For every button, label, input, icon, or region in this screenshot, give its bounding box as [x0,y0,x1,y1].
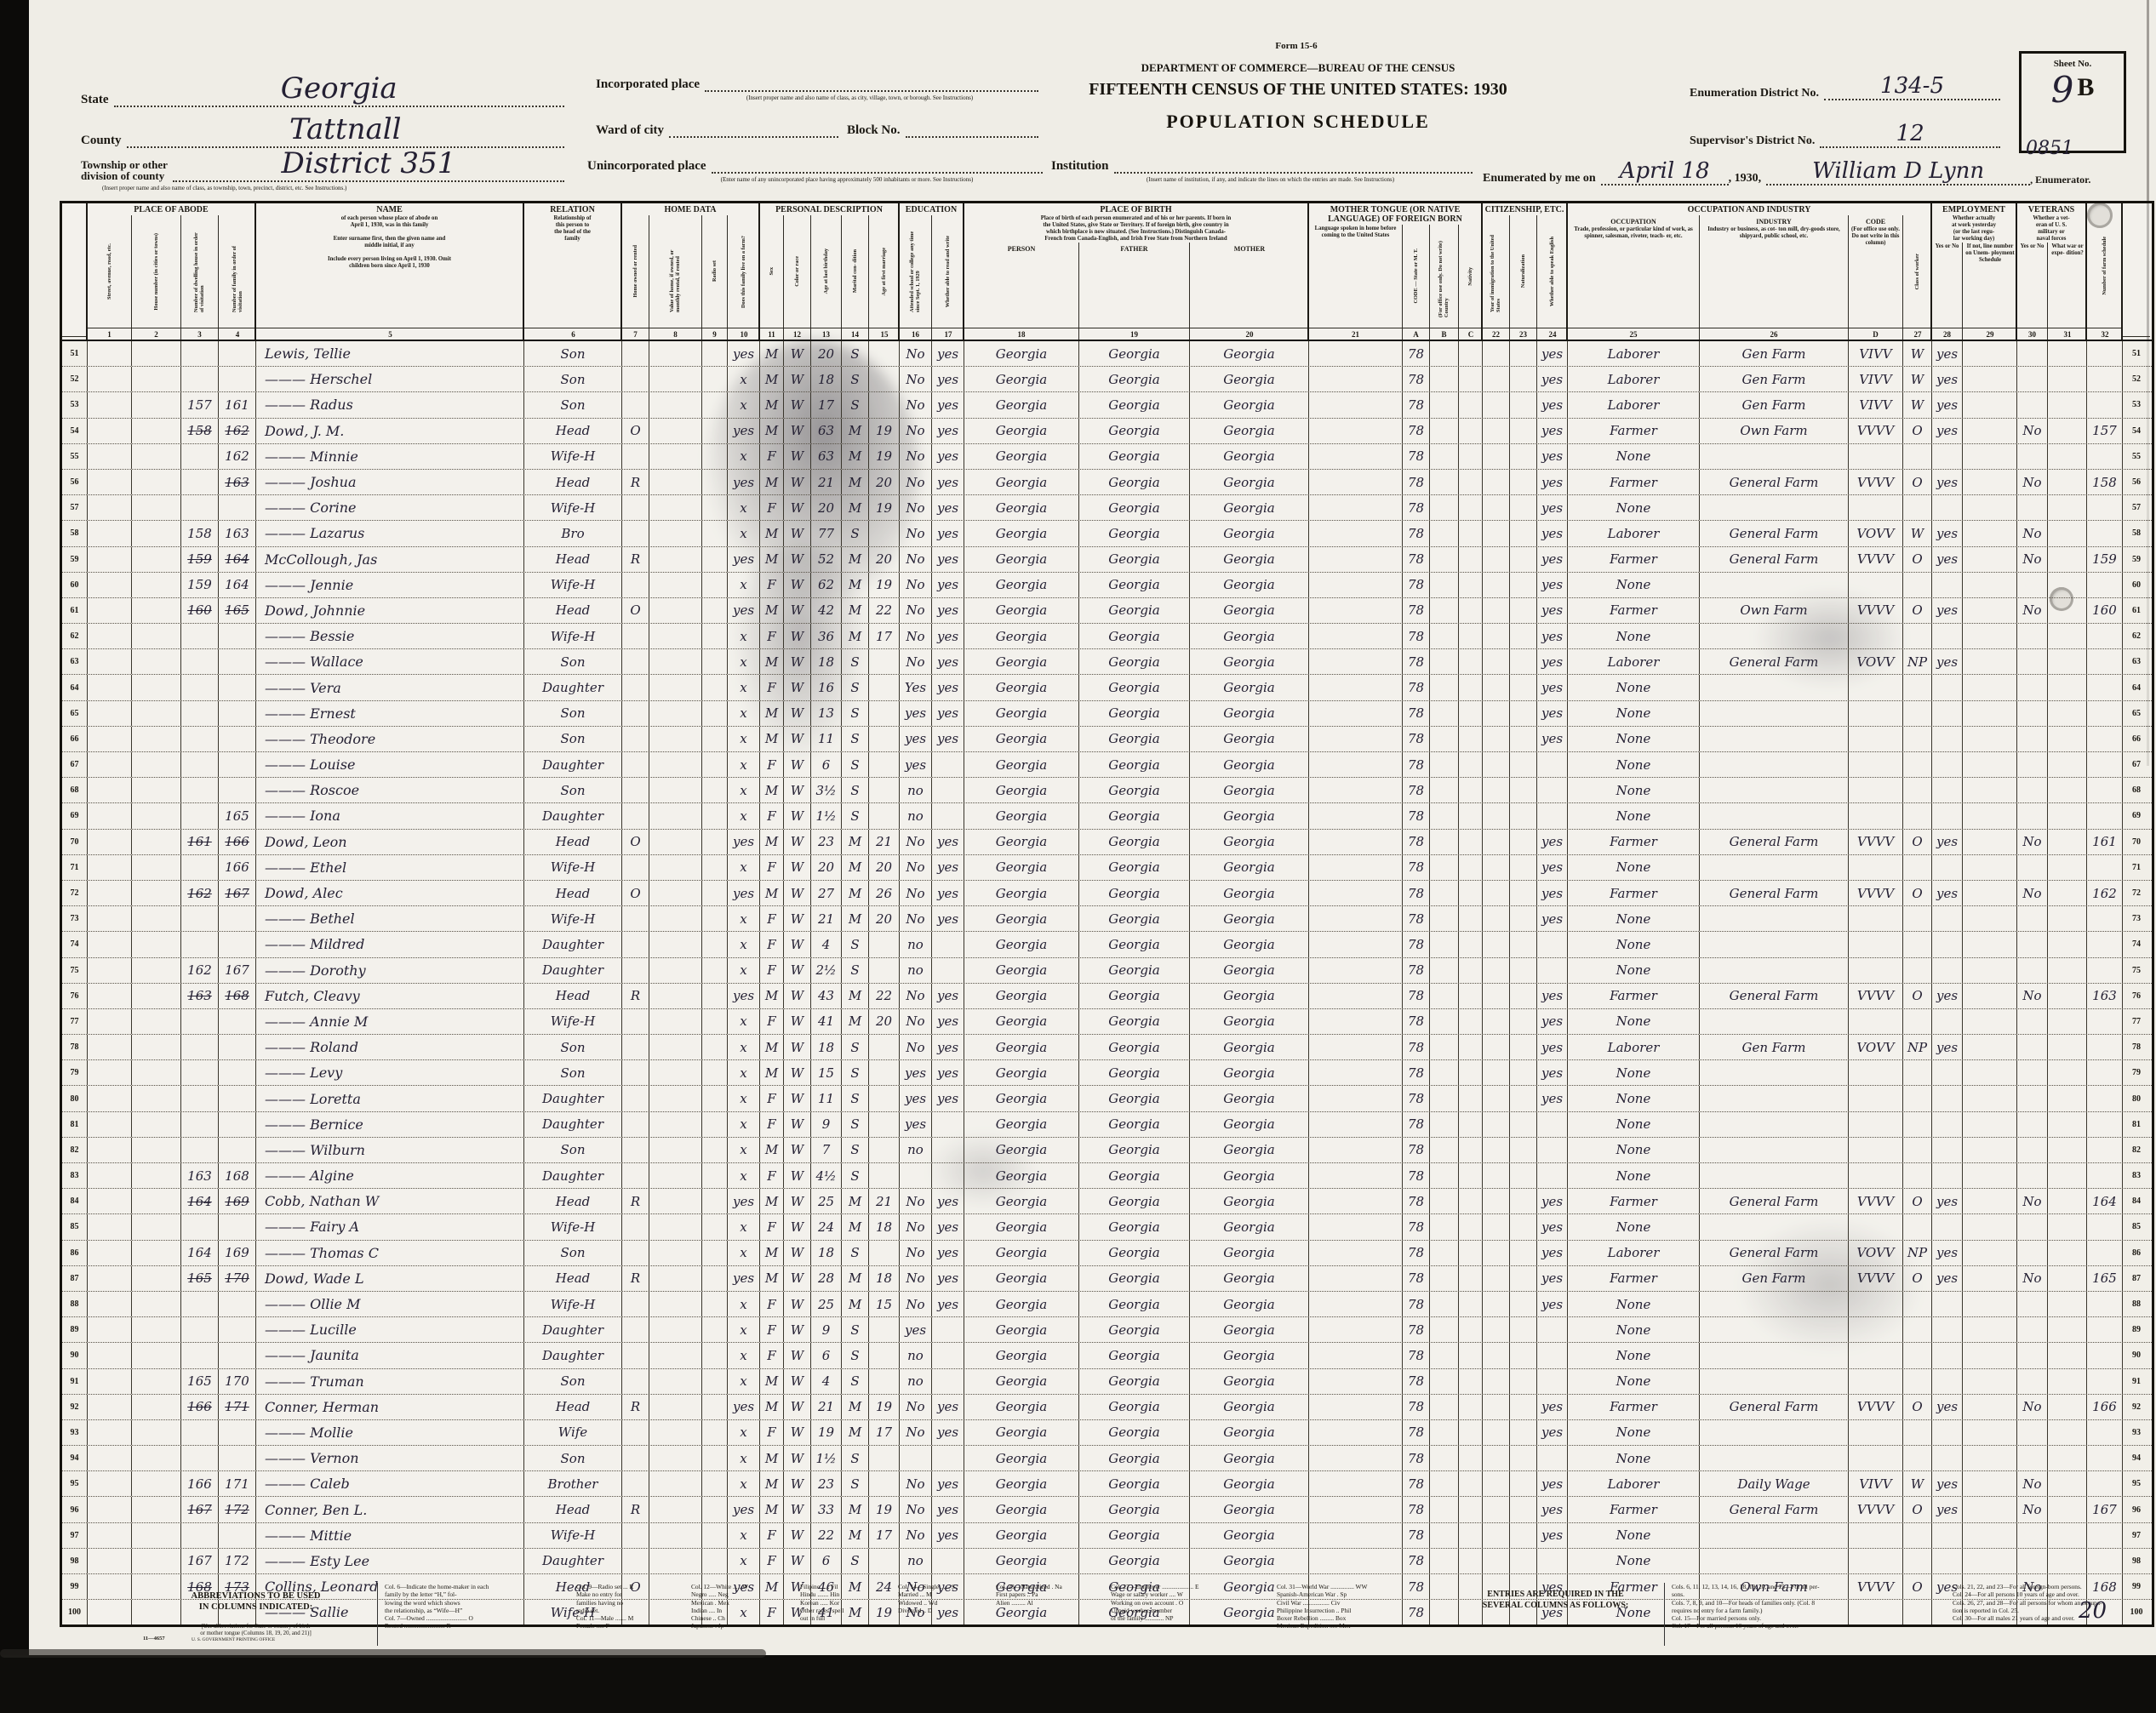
cell-c2 [132,470,181,494]
cell-c30 [2017,1214,2048,1239]
cell-c17: yes [932,1420,964,1445]
cell-c8 [649,1317,702,1342]
cell-c10: x [728,1369,760,1394]
column-number-c7: 7 [622,328,649,340]
cell-c13: 18 [811,1241,842,1265]
cell-c17: yes [932,573,964,597]
cell-c11: F [760,1112,784,1137]
cell-c28 [1932,803,1963,828]
cell-c22 [1483,906,1510,931]
cell-c14: M [842,624,869,648]
column-head-c27: Class of worker [1903,215,1932,328]
cell-cD [1849,727,1903,751]
cell-c19: Georgia [1079,1266,1190,1291]
cell-c10: x [728,1420,760,1445]
cell-c29 [1963,932,2017,956]
cell-c26: Gen Farm [1700,392,1849,417]
legend-col14: Col. 14—Single ...... S Married ... M Wi… [898,1583,987,1646]
cell-c3 [181,1060,219,1085]
cell-c8 [649,1446,702,1470]
cell-c25: None [1568,495,1700,520]
cell-c9 [702,906,728,931]
cell-c21 [1309,495,1403,520]
cell-c20: Georgia [1190,881,1309,905]
cell-cC [1459,701,1483,726]
cell-ln_r: 53 [2123,392,2150,417]
cell-c11: F [760,624,784,648]
cell-c17 [932,1343,964,1368]
column-head-c26: INDUSTRYIndustry or business, as cot- to… [1700,215,1849,328]
cell-c16: No [900,906,932,931]
cell-cD [1849,1369,1903,1394]
cell-c24: yes [1537,419,1568,443]
cell-c32: 167 [2087,1497,2123,1522]
cell-c17 [932,932,964,956]
cell-cD [1849,1060,1903,1085]
cell-c7 [622,1446,649,1470]
cell-c11: F [760,1214,784,1239]
cell-ln: 57 [62,495,88,520]
cell-cC [1459,727,1483,751]
cell-ln: 90 [62,1343,88,1368]
cell-c25: None [1568,958,1700,983]
cell-c31 [2048,1497,2087,1522]
cell-cB [1430,778,1459,802]
cell-c7 [622,649,649,674]
cell-c16: No [900,547,932,572]
cell-cC [1459,906,1483,931]
column-group: EDUCATIONAttended school or college any … [900,203,964,340]
cell-c2 [132,675,181,699]
cell-c5: ——— Bessie [256,624,524,648]
cell-c1 [88,958,132,983]
cell-ln_r: 85 [2123,1214,2150,1239]
cell-c18: Georgia [964,521,1079,545]
supervisor-district-label: Supervisor's District No. [1690,135,1815,148]
cell-c21 [1309,1112,1403,1137]
cell-ln: 63 [62,649,88,674]
cell-c27 [1903,803,1932,828]
cell-c32: 165 [2087,1266,2123,1291]
column-group [62,203,88,340]
cell-c27: O [1903,1497,1932,1522]
cell-c29 [1963,1060,2017,1085]
cell-c10: yes [728,1266,760,1291]
cell-cA: 78 [1403,444,1430,469]
cell-c7 [622,855,649,880]
cell-c23 [1510,1446,1537,1470]
cell-c18: Georgia [964,1471,1079,1496]
column-number-c5: 5 [256,328,524,340]
cell-c19: Georgia [1079,1523,1190,1548]
cell-c22 [1483,1523,1510,1548]
cell-c22 [1483,419,1510,443]
group-title: HOME DATA [622,203,758,215]
cell-cD [1849,1086,1903,1111]
cell-c23 [1510,1138,1537,1162]
cell-c28: yes [1932,1241,1963,1265]
cell-c17: yes [932,1060,964,1085]
cell-c14: S [842,778,869,802]
cell-c13: 6 [811,1343,842,1368]
cell-ln: 61 [62,598,88,623]
cell-c14: S [842,521,869,545]
cell-ln_r: 90 [2123,1343,2150,1368]
cell-ln: 86 [62,1241,88,1265]
cell-c11: M [760,598,784,623]
cell-c2 [132,932,181,956]
cell-c1 [88,624,132,648]
cell-c31 [2048,1369,2087,1394]
cell-c21 [1309,598,1403,623]
cell-c1 [88,1266,132,1291]
cell-c23 [1510,1292,1537,1316]
cell-c26: General Farm [1700,547,1849,572]
cell-c25: None [1568,1060,1700,1085]
cell-c5: ——— Ollie M [256,1292,524,1316]
cell-cA: 78 [1403,1292,1430,1316]
cell-c25: Laborer [1568,367,1700,391]
cell-c11: F [760,752,784,777]
cell-c25: Farmer [1568,547,1700,572]
cell-c3 [181,624,219,648]
cell-cD [1849,752,1903,777]
cell-c16: no [900,1343,932,1368]
cell-cC [1459,675,1483,699]
cell-c12: W [784,1009,811,1034]
cell-c12: W [784,958,811,983]
cell-c30 [2017,906,2048,931]
cell-c6: Daughter [524,1086,622,1111]
cell-c13: 23 [811,830,842,854]
cell-c9 [702,1009,728,1034]
cell-c14: M [842,470,869,494]
cell-c27 [1903,1214,1932,1239]
cell-c30 [2017,649,2048,674]
cell-c4 [219,932,256,956]
cell-c22 [1483,444,1510,469]
cell-c4 [219,341,256,366]
cell-c27 [1903,573,1932,597]
cell-c17 [932,803,964,828]
cell-c24: yes [1537,470,1568,494]
table-row: 81——— BerniceDaughterxFW9SyesGeorgiaGeor… [62,1112,2152,1138]
cell-c9 [702,984,728,1008]
cell-c19: Georgia [1079,1343,1190,1368]
cell-ln_r: 68 [2123,778,2150,802]
cell-c21 [1309,1395,1403,1419]
cell-c6: Head [524,881,622,905]
cell-c5: ——— Louise [256,752,524,777]
township-caption: (Insert proper name and also name of cla… [102,186,579,192]
cell-c13: 15 [811,1060,842,1085]
cell-c17: yes [932,367,964,391]
cell-cD: VIVV [1849,392,1903,417]
cell-ln_r: 72 [2123,881,2150,905]
cell-c28 [1932,573,1963,597]
cell-c15 [869,521,900,545]
column-head-cC: Nativity [1459,225,1483,328]
cell-c20: Georgia [1190,752,1309,777]
table-row: 54158162Dowd, J. M.HeadOyesMW63M19NoyesG… [62,419,2152,444]
cell-c13: 18 [811,649,842,674]
cell-c27 [1903,1343,1932,1368]
cell-c24: yes [1537,1420,1568,1445]
cell-c16: no [900,1369,932,1394]
cell-c9 [702,1214,728,1239]
cell-ln: 91 [62,1369,88,1394]
table-row: 84164169Cobb, Nathan WHeadRyesMW25M21Noy… [62,1189,2152,1214]
cell-c2 [132,1395,181,1419]
table-row: 70161166Dowd, LeonHeadOyesMW23M21NoyesGe… [62,830,2152,855]
cell-c3 [181,1035,219,1059]
cell-c1 [88,1600,132,1624]
cell-ln_r: 76 [2123,984,2150,1008]
cell-ln: 55 [62,444,88,469]
cell-c11: F [760,958,784,983]
cell-c3: 157 [181,392,219,417]
cell-c32 [2087,906,2123,931]
cell-c16: no [900,1549,932,1573]
enumeration-district-label: Enumeration District No. [1690,88,1819,100]
cell-c31 [2048,624,2087,648]
cell-c20: Georgia [1190,906,1309,931]
cell-c26: General Farm [1700,984,1849,1008]
cell-c13: 1½ [811,1446,842,1470]
cell-c4 [219,495,256,520]
cell-c8 [649,1343,702,1368]
cell-c21 [1309,881,1403,905]
cell-c7 [622,958,649,983]
cell-cC [1459,1086,1483,1111]
cell-c25: None [1568,1163,1700,1188]
cell-c20: Georgia [1190,624,1309,648]
cell-c16: No [900,573,932,597]
group-title: PLACE OF ABODE [88,203,254,215]
cell-cC [1459,470,1483,494]
cell-ln_r: 63 [2123,649,2150,674]
cell-c23 [1510,1086,1537,1111]
cell-c8 [649,1035,702,1059]
cell-cA: 78 [1403,1420,1430,1445]
cell-c31 [2048,521,2087,545]
cell-cB [1430,1369,1459,1394]
cell-c2 [132,444,181,469]
cell-c14: M [842,495,869,520]
supervisor-district-field: Supervisor's District No. 12 [1690,121,2000,148]
cell-c29 [1963,1471,2017,1496]
cell-c14: S [842,1112,869,1137]
cell-c11: F [760,1086,784,1111]
cell-ln: 97 [62,1523,88,1548]
cell-c27: O [1903,470,1932,494]
cell-c26 [1700,1369,1849,1394]
cell-c9 [702,495,728,520]
table-row: 83163168——— AlgineDaughterxFW4½SGeorgiaG… [62,1163,2152,1189]
cell-ln_r: 82 [2123,1138,2150,1162]
cell-c27 [1903,1292,1932,1316]
cell-c17: yes [932,1214,964,1239]
cell-c2 [132,1471,181,1496]
cell-c16: yes [900,752,932,777]
cell-c2 [132,1420,181,1445]
column-number-c21: 21 [1309,328,1403,340]
cell-c16: no [900,803,932,828]
cell-c10: yes [728,830,760,854]
cell-c3: 167 [181,1497,219,1522]
cell-c27 [1903,1369,1932,1394]
cell-cD: VVVV [1849,470,1903,494]
column-number-ln [62,337,88,340]
cell-cB [1430,1163,1459,1188]
cell-c7: R [622,1395,649,1419]
cell-c8 [649,470,702,494]
cell-c9 [702,752,728,777]
cell-c24: yes [1537,649,1568,674]
cell-c3 [181,1009,219,1034]
cell-cA: 78 [1403,1343,1430,1368]
cell-c9 [702,624,728,648]
cell-c20: Georgia [1190,367,1309,391]
table-header: PLACE OF ABODEStreet, avenue, road, etc.… [62,203,2152,341]
cell-c30: No [2017,521,2048,545]
cell-c15: 17 [869,1523,900,1548]
cell-c31 [2048,1214,2087,1239]
cell-c5: ——— Roscoe [256,778,524,802]
cell-ln: 64 [62,675,88,699]
cell-c23 [1510,1317,1537,1342]
cell-c18: Georgia [964,1138,1079,1162]
cell-c30 [2017,1292,2048,1316]
cell-cD [1849,1549,1903,1573]
cell-ln_r: 97 [2123,1523,2150,1548]
cell-ln: 78 [62,1035,88,1059]
cell-c12: W [784,1214,811,1239]
cell-c22 [1483,1009,1510,1034]
cell-c2 [132,701,181,726]
cell-c16: No [900,830,932,854]
table-row: 85——— Fairy AWife-HxFW24M18NoyesGeorgiaG… [62,1214,2152,1240]
cell-c10: x [728,444,760,469]
column-number-c32: 32 [2087,328,2123,340]
cell-cC [1459,1523,1483,1548]
state-value: Georgia [281,71,397,106]
cell-c30 [2017,1523,2048,1548]
cell-c4: 165 [219,803,256,828]
cell-c31 [2048,701,2087,726]
sheet-letter: B [2077,73,2094,101]
cell-c21 [1309,392,1403,417]
cell-c26 [1700,1549,1849,1573]
cell-c13: 1½ [811,803,842,828]
cell-c28 [1932,1214,1963,1239]
cell-c22 [1483,1292,1510,1316]
county-value: Tattnall [289,112,402,146]
cell-c16: No [900,1420,932,1445]
column-group: PLACE OF ABODEStreet, avenue, road, etc.… [88,203,256,340]
cell-c18: Georgia [964,624,1079,648]
cell-c10: x [728,727,760,751]
cell-c5: ——— Roland [256,1035,524,1059]
cell-c27 [1903,958,1932,983]
township-value: District 351 [282,146,456,180]
cell-c9 [702,675,728,699]
column-number-c30: 30 [2017,328,2048,340]
cell-c22 [1483,932,1510,956]
cell-c4: 172 [219,1497,256,1522]
cell-c12: W [784,1471,811,1496]
cell-c25: Farmer [1568,881,1700,905]
cell-c26 [1700,444,1849,469]
cell-c10: yes [728,881,760,905]
cell-c5: ——— Ernest [256,701,524,726]
cell-c9 [702,573,728,597]
cell-c15 [869,701,900,726]
cell-c8 [649,1241,702,1265]
cell-c12: W [784,598,811,623]
cell-cA: 78 [1403,906,1430,931]
cell-c19: Georgia [1079,573,1190,597]
cell-c3 [181,752,219,777]
cell-c24: yes [1537,830,1568,854]
cell-c28 [1932,495,1963,520]
column-head-c19: FATHER [1079,243,1190,328]
cell-c32 [2087,752,2123,777]
cell-c3 [181,1112,219,1137]
cell-c8 [649,701,702,726]
cell-ln_r: 89 [2123,1317,2150,1342]
cell-ln: 52 [62,367,88,391]
cell-c19: Georgia [1079,495,1190,520]
cell-c30 [2017,932,2048,956]
cell-c16: No [900,598,932,623]
cell-cC [1459,1369,1483,1394]
cell-c27 [1903,1163,1932,1188]
cell-c5: ——— Wallace [256,649,524,674]
cell-c25: Farmer [1568,419,1700,443]
cell-c32 [2087,1343,2123,1368]
cell-c26 [1700,701,1849,726]
cell-cA: 78 [1403,1060,1430,1085]
cell-c29 [1963,803,2017,828]
cell-c25: None [1568,1343,1700,1368]
cell-c6: Daughter [524,803,622,828]
cell-c31 [2048,419,2087,443]
cell-c27 [1903,855,1932,880]
cell-c6: Head [524,419,622,443]
cell-c25: None [1568,624,1700,648]
cell-c23 [1510,984,1537,1008]
cell-c30: No [2017,1395,2048,1419]
cell-c7: R [622,1189,649,1213]
cell-c7: O [622,830,649,854]
cell-c30 [2017,752,2048,777]
cell-c23 [1510,1112,1537,1137]
cell-c14: S [842,727,869,751]
cell-ln_r: 78 [2123,1035,2150,1059]
cell-ln: 71 [62,855,88,880]
incorporated-field: Incorporated place [596,78,1038,92]
cell-c9 [702,419,728,443]
cell-c13: 23 [811,1471,842,1496]
cell-c15: 19 [869,419,900,443]
cell-c1 [88,495,132,520]
cell-c14: M [842,984,869,1008]
cell-c31 [2048,984,2087,1008]
cell-c14: M [842,444,869,469]
cell-c30 [2017,803,2048,828]
cell-c14: S [842,1086,869,1111]
